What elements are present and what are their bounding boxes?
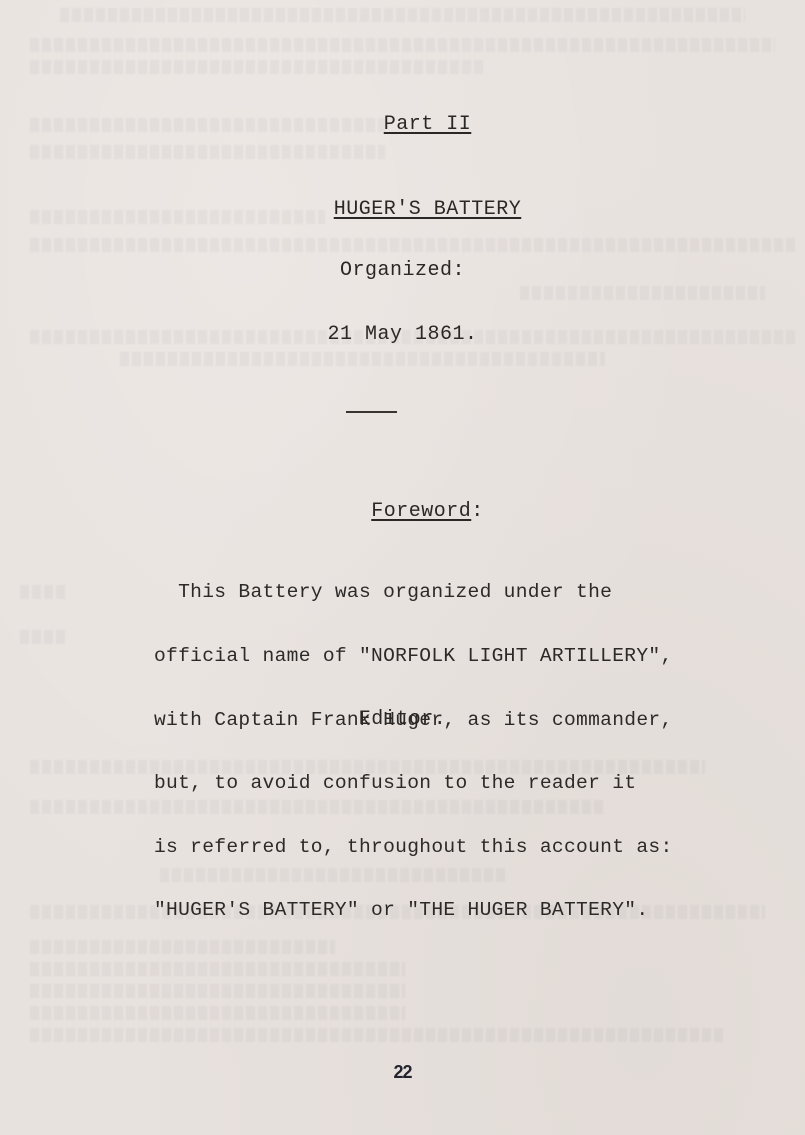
part-heading-wrap: Part II <box>0 90 805 159</box>
foreword-colon: : <box>471 500 484 523</box>
show-through-texture <box>20 630 65 644</box>
foreword-line: This Battery was organized under the <box>154 582 714 603</box>
foreword-line: is referred to, throughout this account … <box>154 837 714 858</box>
section-divider <box>346 411 397 413</box>
show-through-texture <box>30 1006 405 1020</box>
show-through-texture <box>30 38 775 52</box>
document-title: HUGER'S BATTERY <box>334 198 522 221</box>
foreword-line: but, to avoid confusion to the reader it <box>154 773 714 794</box>
show-through-texture <box>30 1028 725 1042</box>
organized-date: 21 May 1861. <box>0 323 805 346</box>
show-through-texture <box>120 352 605 366</box>
foreword-label: Foreword <box>371 500 471 523</box>
page-number: 22 <box>0 1062 805 1083</box>
show-through-texture <box>20 585 65 599</box>
editor-signature: Editor. <box>0 708 805 731</box>
show-through-texture <box>30 60 485 74</box>
foreword-paragraph: This Battery was organized under the off… <box>154 540 714 964</box>
show-through-texture <box>30 962 405 976</box>
show-through-texture <box>30 984 405 998</box>
document-page: Part II HUGER'S BATTERY Organized: 21 Ma… <box>0 0 805 1135</box>
foreword-heading: Foreword: <box>0 477 805 546</box>
show-through-texture <box>60 8 745 22</box>
part-heading: Part II <box>384 113 472 136</box>
foreword-line: official name of "NORFOLK LIGHT ARTILLER… <box>154 646 714 667</box>
title-wrap: HUGER'S BATTERY <box>0 175 805 244</box>
organized-label: Organized: <box>0 259 805 282</box>
foreword-line: "HUGER'S BATTERY" or "THE HUGER BATTERY"… <box>154 900 714 921</box>
show-through-texture <box>520 286 765 300</box>
